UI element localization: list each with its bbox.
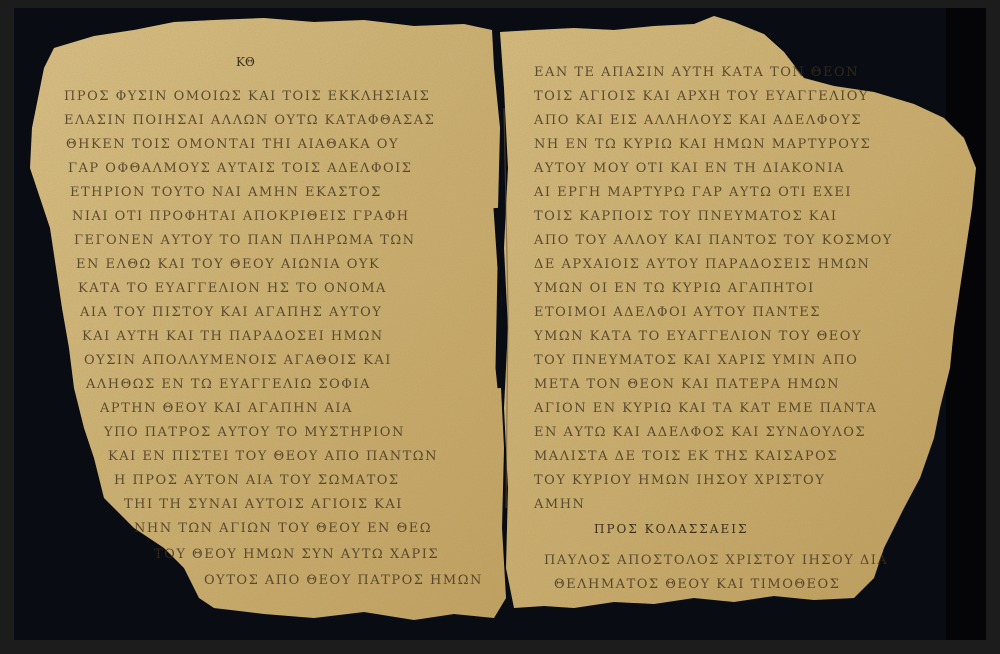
svg-text:ΔΕ ΑΡΧΑΙΟΙΣ ΑΥΤΟΥ ΠΑΡΑΔΟΣΕΙΣ Η: ΔΕ ΑΡΧΑΙΟΙΣ ΑΥΤΟΥ ΠΑΡΑΔΟΣΕΙΣ ΗΜΩΝ	[534, 257, 870, 272]
svg-text:ΤΟΙΣ ΚΑΡΠΟΙΣ ΤΟΥ ΠΝΕΥΜΑΤΟΣ ΚΑΙ: ΤΟΙΣ ΚΑΡΠΟΙΣ ΤΟΥ ΠΝΕΥΜΑΤΟΣ ΚΑΙ	[534, 209, 838, 224]
svg-text:ΥΠΟ ΠΑΤΡΟΣ ΑΥΤΟΥ ΤΟ ΜΥΣΤΗΡΙΟΝ: ΥΠΟ ΠΑΤΡΟΣ ΑΥΤΟΥ ΤΟ ΜΥΣΤΗΡΙΟΝ	[103, 425, 405, 440]
svg-text:ΤΟΥ ΘΕΟΥ ΗΜΩΝ ΣΥΝ ΑΥΤΩ ΧΑΡΙΣ: ΤΟΥ ΘΕΟΥ ΗΜΩΝ ΣΥΝ ΑΥΤΩ ΧΑΡΙΣ	[154, 547, 439, 562]
subscription-title: ΠΡΟΣ ΚΟΛΑΣΣΑΕΙΣ	[594, 522, 748, 536]
svg-text:ΓΕΓΟΝΕΝ ΑΥΤΟΥ ΤΟ ΠΑΝ ΠΛΗΡΩΜΑ Τ: ΓΕΓΟΝΕΝ ΑΥΤΟΥ ΤΟ ΠΑΝ ΠΛΗΡΩΜΑ ΤΩΝ	[74, 233, 416, 248]
svg-text:ΕΛΑΣΙΝ ΠΟΙΗΣΑΙ ΑΛΛΩΝ ΟΥΤΩ ΚΑΤΑ: ΕΛΑΣΙΝ ΠΟΙΗΣΑΙ ΑΛΛΩΝ ΟΥΤΩ ΚΑΤΑΦΘΑΣΑΣ	[64, 113, 435, 128]
svg-text:ΑΙΑ ΤΟΥ ΠΙΣΤΟΥ ΚΑΙ ΑΓΑΠΗΣ ΑΥΤΟ: ΑΙΑ ΤΟΥ ΠΙΣΤΟΥ ΚΑΙ ΑΓΑΠΗΣ ΑΥΤΟΥ	[79, 305, 382, 320]
svg-text:ΚΑΙ ΕΝ ΠΙΣΤΕΙ ΤΟΥ ΘΕΟΥ ΑΠΟ ΠΑΝ: ΚΑΙ ΕΝ ΠΙΣΤΕΙ ΤΟΥ ΘΕΟΥ ΑΠΟ ΠΑΝΤΩΝ	[108, 449, 438, 464]
svg-text:ΤΟΥ ΚΥΡΙΟΥ ΗΜΩΝ ΙΗΣΟΥ ΧΡΙΣΤΟΥ: ΤΟΥ ΚΥΡΙΟΥ ΗΜΩΝ ΙΗΣΟΥ ΧΡΙΣΤΟΥ	[534, 473, 825, 488]
svg-text:Η ΠΡΟΣ ΑΥΤΟΝ ΑΙΑ ΤΟΥ ΣΩΜΑΤΟΣ: Η ΠΡΟΣ ΑΥΤΟΝ ΑΙΑ ΤΟΥ ΣΩΜΑΤΟΣ	[114, 473, 400, 488]
svg-text:ΝΙΑΙ ΟΤΙ ΠΡΟΦΗΤΑΙ ΑΠΟΚΡΙΘΕΙΣ Γ: ΝΙΑΙ ΟΤΙ ΠΡΟΦΗΤΑΙ ΑΠΟΚΡΙΘΕΙΣ ΓΡΑΦΗ	[72, 209, 410, 224]
svg-text:ΥΜΩΝ ΚΑΤΑ ΤΟ ΕΥΑΓΓΕΛΙΟΝ ΤΟΥ ΘΕ: ΥΜΩΝ ΚΑΤΑ ΤΟ ΕΥΑΓΓΕΛΙΟΝ ΤΟΥ ΘΕΟΥ	[533, 329, 862, 344]
svg-text:ΠΑΥΛΟΣ ΑΠΟΣΤΟΛΟΣ ΧΡΙΣΤΟΥ ΙΗΣΟΥ: ΠΑΥΛΟΣ ΑΠΟΣΤΟΛΟΣ ΧΡΙΣΤΟΥ ΙΗΣΟΥ ΔΙΑ	[544, 553, 888, 568]
svg-text:ΜΑΛΙΣΤΑ ΔΕ ΤΟΙΣ ΕΚ ΤΗΣ ΚΑΙΣΑΡΟ: ΜΑΛΙΣΤΑ ΔΕ ΤΟΙΣ ΕΚ ΤΗΣ ΚΑΙΣΑΡΟΣ	[534, 449, 838, 464]
svg-text:ΠΡΟΣ ΦΥΣΙΝ ΟΜΟΙΩΣ ΚΑΙ ΤΟΙΣ ΕΚΚ: ΠΡΟΣ ΦΥΣΙΝ ΟΜΟΙΩΣ ΚΑΙ ΤΟΙΣ ΕΚΚΛΗΣΙΑΙΣ	[64, 89, 430, 104]
svg-text:ΟΥΤΟΣ ΑΠΟ ΘΕΟΥ ΠΑΤΡΟΣ ΗΜΩΝ: ΟΥΤΟΣ ΑΠΟ ΘΕΟΥ ΠΑΤΡΟΣ ΗΜΩΝ	[204, 573, 483, 588]
svg-text:ΝΗΝ ΤΩΝ ΑΓΙΩΝ ΤΟΥ ΘΕΟΥ ΕΝ ΘΕΩ: ΝΗΝ ΤΩΝ ΑΓΙΩΝ ΤΟΥ ΘΕΟΥ ΕΝ ΘΕΩ	[134, 521, 432, 536]
svg-text:ΑΛΗΘΩΣ ΕΝ ΤΩ ΕΥΑΓΓΕΛΙΩ ΣΟΦΙΑ: ΑΛΗΘΩΣ ΕΝ ΤΩ ΕΥΑΓΓΕΛΙΩ ΣΟΦΙΑ	[85, 377, 371, 392]
svg-text:ΕΝ ΑΥΤΩ ΚΑΙ ΑΔΕΛΦΟΣ ΚΑΙ ΣΥΝΔΟΥ: ΕΝ ΑΥΤΩ ΚΑΙ ΑΔΕΛΦΟΣ ΚΑΙ ΣΥΝΔΟΥΛΟΣ	[534, 425, 866, 440]
svg-text:ΕΤΟΙΜΟΙ ΑΔΕΛΦΟΙ ΑΥΤΟΥ ΠΑΝΤΕΣ: ΕΤΟΙΜΟΙ ΑΔΕΛΦΟΙ ΑΥΤΟΥ ΠΑΝΤΕΣ	[534, 305, 821, 320]
svg-text:ΤΟΥ ΠΝΕΥΜΑΤΟΣ ΚΑΙ ΧΑΡΙΣ ΥΜΙΝ Α: ΤΟΥ ΠΝΕΥΜΑΤΟΣ ΚΑΙ ΧΑΡΙΣ ΥΜΙΝ ΑΠΟ	[534, 353, 858, 368]
svg-text:ΘΗΚΕΝ ΤΟΙΣ ΟΜΟΝΤΑΙ ΤΗΙ ΑΙΑΘΑΚΑ: ΘΗΚΕΝ ΤΟΙΣ ΟΜΟΝΤΑΙ ΤΗΙ ΑΙΑΘΑΚΑ ΟΥ	[66, 137, 399, 152]
svg-text:ΕΝ ΕΛΘΩ ΚΑΙ ΤΟΥ ΘΕΟΥ ΑΙΩΝΙΑ ΟΥ: ΕΝ ΕΛΘΩ ΚΑΙ ΤΟΥ ΘΕΟΥ ΑΙΩΝΙΑ ΟΥΚ	[76, 257, 380, 272]
svg-text:ΘΕΛΗΜΑΤΟΣ ΘΕΟΥ ΚΑΙ ΤΙΜΟΘΕΟΣ: ΘΕΛΗΜΑΤΟΣ ΘΕΟΥ ΚΑΙ ΤΙΜΟΘΕΟΣ	[554, 577, 840, 592]
papyrus-photo: ΚΘ ΠΡΟΣ ΦΥΣΙΝ ΟΜΟΙΩΣ ΚΑΙ ΤΟΙΣ ΕΚΚΛΗΣΙΑΙΣ…	[14, 8, 986, 640]
svg-text:ΑΠΟ ΚΑΙ ΕΙΣ ΑΛΛΗΛΟΥΣ ΚΑΙ ΑΔΕΛΦ: ΑΠΟ ΚΑΙ ΕΙΣ ΑΛΛΗΛΟΥΣ ΚΑΙ ΑΔΕΛΦΟΥΣ	[533, 113, 862, 128]
svg-text:ΕΑΝ ΤΕ ΑΠΑΣΙΝ ΑΥΤΗ ΚΑΤΑ ΤΟΝ ΘΕ: ΕΑΝ ΤΕ ΑΠΑΣΙΝ ΑΥΤΗ ΚΑΤΑ ΤΟΝ ΘΕΟΝ	[534, 65, 859, 80]
page-number: ΚΘ	[236, 55, 255, 69]
svg-text:ΑΙ ΕΡΓΗ ΜΑΡΤΥΡΩ ΓΑΡ ΑΥΤΩ ΟΤΙ Ε: ΑΙ ΕΡΓΗ ΜΑΡΤΥΡΩ ΓΑΡ ΑΥΤΩ ΟΤΙ ΕΧΕΙ	[533, 185, 852, 200]
svg-text:ΑΜΗΝ: ΑΜΗΝ	[533, 497, 585, 512]
svg-text:ΑΓΙΟΝ ΕΝ ΚΥΡΙΩ ΚΑΙ ΤΑ ΚΑΤ ΕΜΕ: ΑΓΙΟΝ ΕΝ ΚΥΡΙΩ ΚΑΙ ΤΑ ΚΑΤ ΕΜΕ ΠΑΝΤΑ	[533, 401, 877, 416]
svg-text:ΕΤΗΡΙΟΝ ΤΟΥΤΟ ΝΑΙ ΑΜΗΝ ΕΚΑΣΤΟΣ: ΕΤΗΡΙΟΝ ΤΟΥΤΟ ΝΑΙ ΑΜΗΝ ΕΚΑΣΤΟΣ	[70, 185, 382, 200]
papyrus-illustration: ΚΘ ΠΡΟΣ ΦΥΣΙΝ ΟΜΟΙΩΣ ΚΑΙ ΤΟΙΣ ΕΚΚΛΗΣΙΑΙΣ…	[14, 8, 986, 640]
svg-text:ΚΑΤΑ ΤΟ ΕΥΑΓΓΕΛΙΟΝ ΗΣ ΤΟ ΟΝΟΜΑ: ΚΑΤΑ ΤΟ ΕΥΑΓΓΕΛΙΟΝ ΗΣ ΤΟ ΟΝΟΜΑ	[78, 281, 387, 296]
svg-text:ΝΗ ΕΝ ΤΩ ΚΥΡΙΩ ΚΑΙ ΗΜΩΝ ΜΑΡΤΥΡ: ΝΗ ΕΝ ΤΩ ΚΥΡΙΩ ΚΑΙ ΗΜΩΝ ΜΑΡΤΥΡΟΥΣ	[534, 137, 871, 152]
svg-text:ΓΑΡ ΟΦΘΑΛΜΟΥΣ ΑΥΤΑΙΣ ΤΟΙΣ ΑΔΕΛ: ΓΑΡ ΟΦΘΑΛΜΟΥΣ ΑΥΤΑΙΣ ΤΟΙΣ ΑΔΕΛΦΟΙΣ	[68, 161, 412, 176]
svg-text:ΚΑΙ ΑΥΤΗ ΚΑΙ ΤΗ ΠΑΡΑΔΟΣΕΙ ΗΜΩΝ: ΚΑΙ ΑΥΤΗ ΚΑΙ ΤΗ ΠΑΡΑΔΟΣΕΙ ΗΜΩΝ	[82, 329, 384, 344]
svg-text:ΤΗΙ ΤΗ ΣΥΝΑΙ ΑΥΤΟΙΣ ΑΓΙΟΙΣ ΚΑΙ: ΤΗΙ ΤΗ ΣΥΝΑΙ ΑΥΤΟΙΣ ΑΓΙΟΙΣ ΚΑΙ	[124, 497, 403, 512]
svg-text:ΤΟΙΣ ΑΓΙΟΙΣ ΚΑΙ ΑΡΧΗ ΤΟΥ ΕΥΑΓΓ: ΤΟΙΣ ΑΓΙΟΙΣ ΚΑΙ ΑΡΧΗ ΤΟΥ ΕΥΑΓΓΕΛΙΟΥ	[534, 89, 869, 104]
svg-text:ΑΠΟ ΤΟΥ ΑΛΛΟΥ ΚΑΙ ΠΑΝΤΟΣ ΤΟΥ Κ: ΑΠΟ ΤΟΥ ΑΛΛΟΥ ΚΑΙ ΠΑΝΤΟΣ ΤΟΥ ΚΟΣΜΟΥ	[533, 233, 893, 248]
svg-text:ΜΕΤΑ ΤΟΝ ΘΕΟΝ ΚΑΙ ΠΑΤΕΡΑ ΗΜΩΝ: ΜΕΤΑ ΤΟΝ ΘΕΟΝ ΚΑΙ ΠΑΤΕΡΑ ΗΜΩΝ	[534, 377, 840, 392]
svg-text:ΥΜΩΝ ΟΙ ΕΝ ΤΩ ΚΥΡΙΩ ΑΓΑΠΗΤΟΙ: ΥΜΩΝ ΟΙ ΕΝ ΤΩ ΚΥΡΙΩ ΑΓΑΠΗΤΟΙ	[533, 281, 815, 296]
svg-text:ΑΥΤΟΥ ΜΟΥ ΟΤΙ ΚΑΙ ΕΝ ΤΗ ΔΙΑΚΟΝ: ΑΥΤΟΥ ΜΟΥ ΟΤΙ ΚΑΙ ΕΝ ΤΗ ΔΙΑΚΟΝΙΑ	[533, 161, 845, 176]
svg-text:ΑΡΤΗΝ ΘΕΟΥ ΚΑΙ ΑΓΑΠΗΝ ΑΙΑ: ΑΡΤΗΝ ΘΕΟΥ ΚΑΙ ΑΓΑΠΗΝ ΑΙΑ	[99, 401, 353, 416]
svg-text:ΟΥΣΙΝ ΑΠΟΛΛΥΜΕΝΟΙΣ ΑΓΑΘΟΙΣ ΚΑΙ: ΟΥΣΙΝ ΑΠΟΛΛΥΜΕΝΟΙΣ ΑΓΑΘΟΙΣ ΚΑΙ	[84, 353, 392, 368]
